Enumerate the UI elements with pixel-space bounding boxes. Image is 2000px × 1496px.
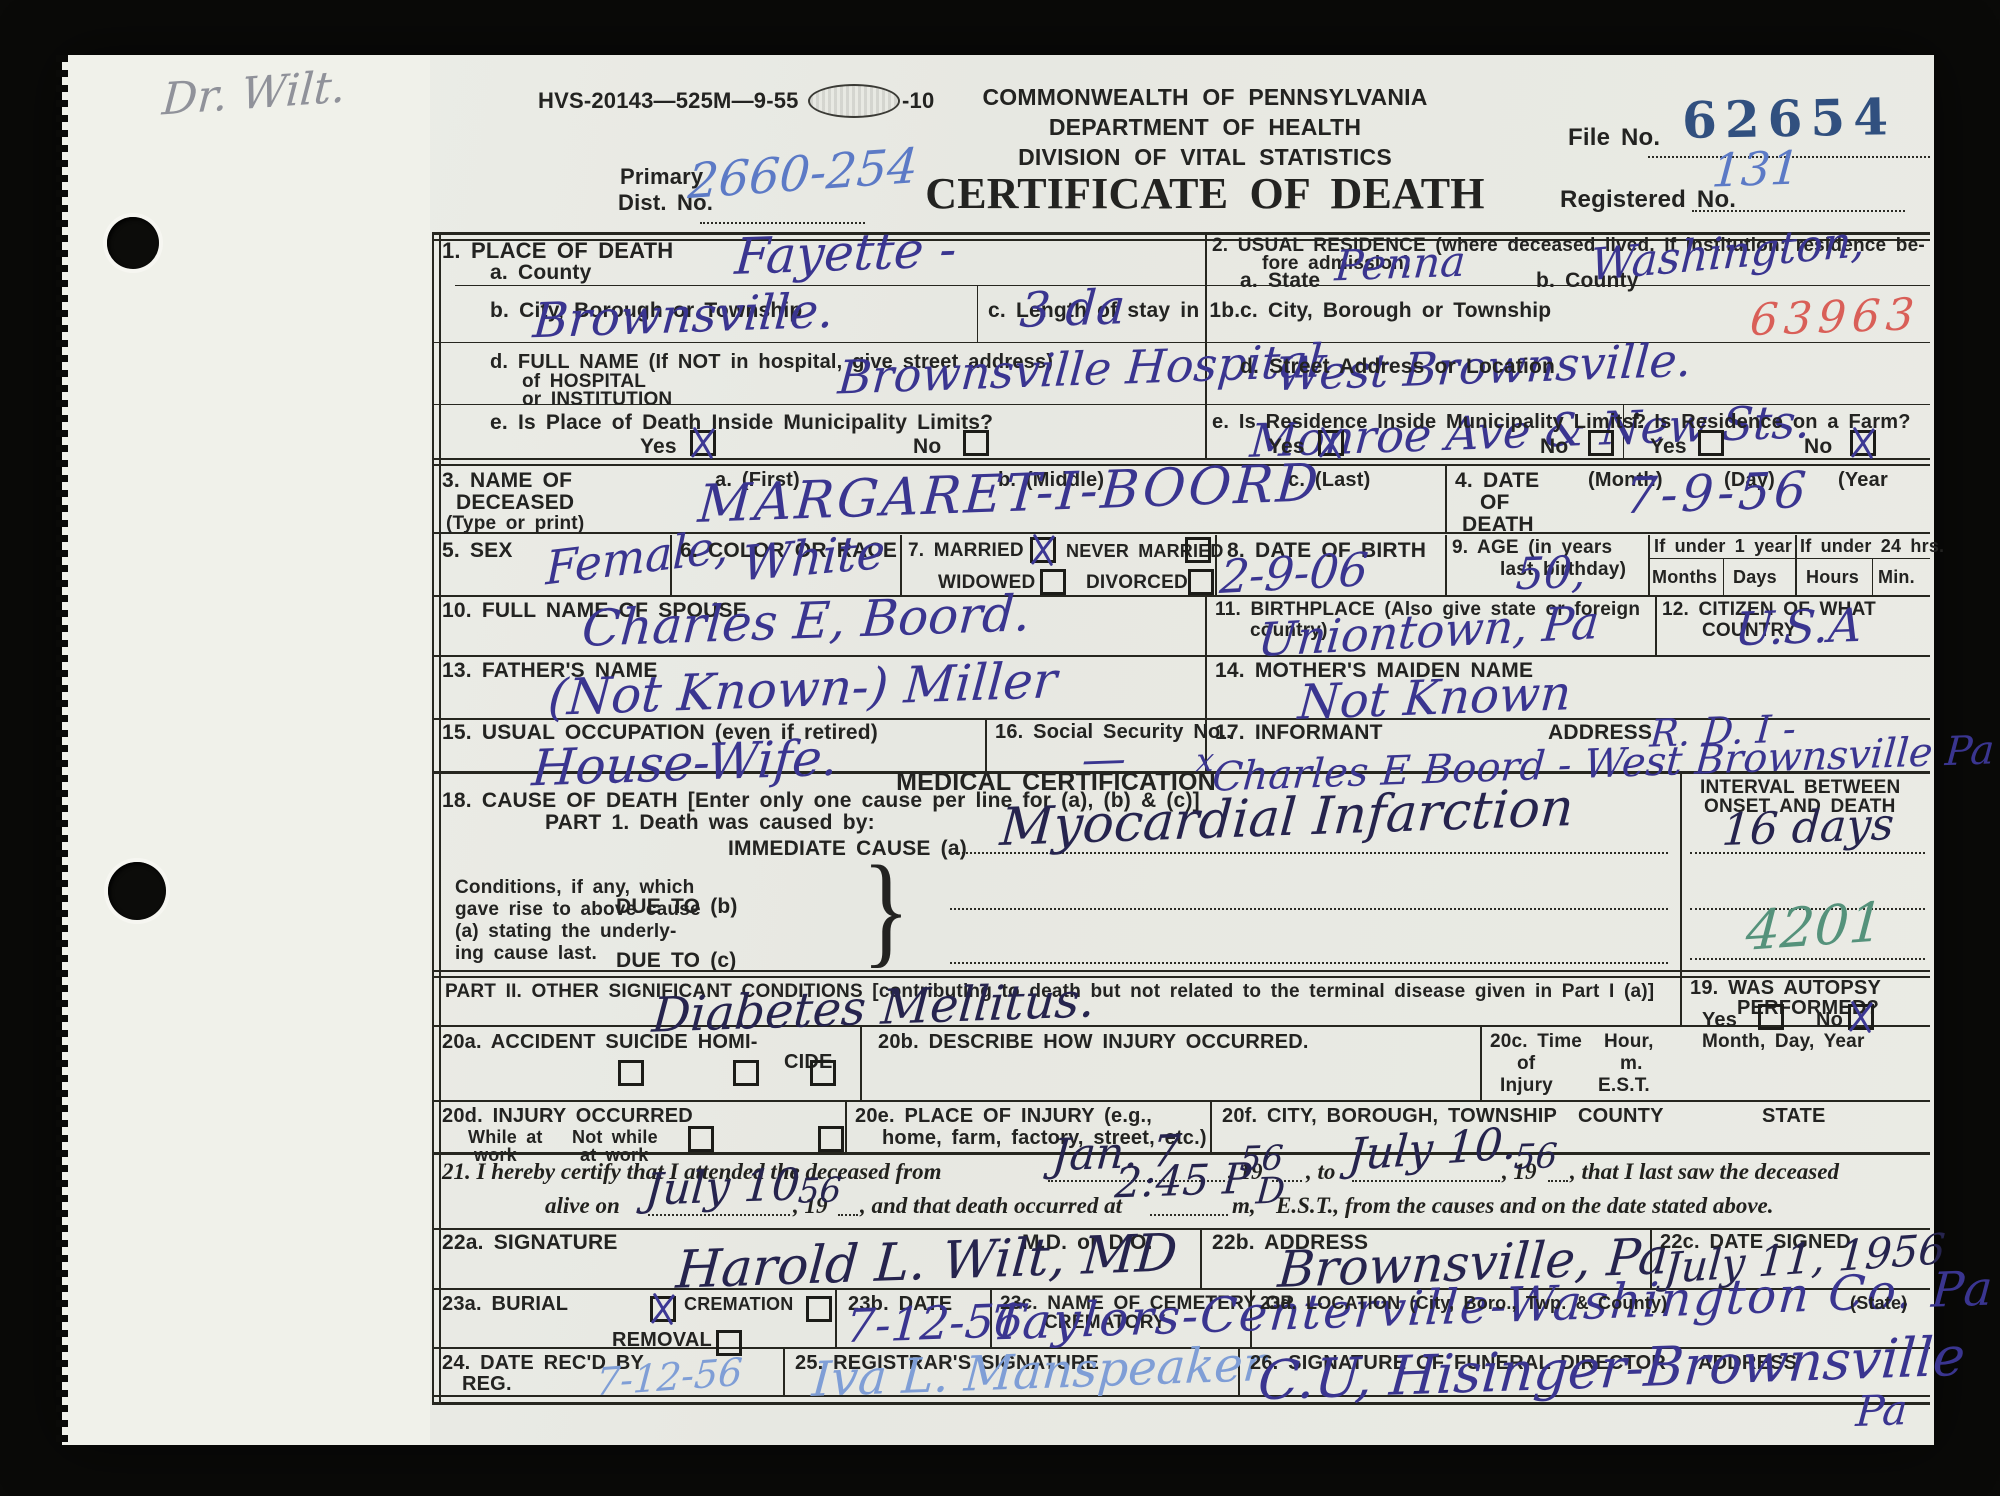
punch-hole xyxy=(107,217,159,269)
rule xyxy=(1655,595,1657,655)
section3-label-1: 3. NAME OF xyxy=(442,470,572,491)
form-code: HVS-20143—525M—9-55 xyxy=(538,90,799,112)
punch-hole xyxy=(108,862,166,920)
field-2a-label: a. State xyxy=(1240,270,1320,291)
days-label: Days xyxy=(1733,568,1777,586)
checkbox-autopsy-no xyxy=(1848,1004,1874,1030)
rule xyxy=(1648,558,1930,559)
citizen-value: U.S.A xyxy=(1733,602,1863,653)
field-2f-label: f. Is Residence on a Farm? xyxy=(1632,412,1911,432)
certify-text-3: , to xyxy=(1306,1160,1335,1183)
checkbox-married xyxy=(1030,537,1056,563)
rule xyxy=(1205,595,1207,655)
rule xyxy=(1352,1180,1500,1182)
checkbox-1e-yes xyxy=(690,430,716,456)
not-while-label: Not while xyxy=(572,1128,658,1146)
rule xyxy=(977,285,978,342)
rule xyxy=(432,655,1930,657)
checkbox-1e-no xyxy=(963,430,989,456)
field-2c-stamp: 63963 xyxy=(1749,293,1922,343)
rule xyxy=(1205,655,1207,718)
certify-text-8: , and that death occurred at xyxy=(860,1194,1122,1217)
birth-date-value: 2-9-06 xyxy=(1218,546,1370,600)
checkbox-divorced xyxy=(1188,569,1214,595)
file-no-value: 62654 xyxy=(1682,92,1897,146)
rule xyxy=(432,232,434,1405)
mother-value: Not Known xyxy=(1296,669,1572,727)
field-1a-value: Fayette - xyxy=(733,224,958,282)
field-1e-label: e. Is Place of Death Inside Municipality… xyxy=(490,412,993,433)
rule xyxy=(432,1152,1930,1155)
due-to-b-label: DUE TO (b) xyxy=(616,896,738,917)
under-1yr-label: If under 1 year xyxy=(1654,537,1792,555)
field-1b-value: Brownsville. xyxy=(531,287,835,346)
section4-label-3: DEATH xyxy=(1462,514,1534,535)
rule xyxy=(985,718,987,771)
file-no-label: File No. xyxy=(1568,126,1660,150)
rule xyxy=(455,285,1930,286)
time-injury-label-1: 20c. Time xyxy=(1490,1032,1582,1051)
rule xyxy=(1692,210,1905,212)
rule xyxy=(432,1100,1930,1102)
rule xyxy=(1150,1214,1228,1216)
section4-label-2: OF xyxy=(1480,492,1510,513)
sex-label: 5. SEX xyxy=(442,540,513,561)
checkbox-2f-no xyxy=(1850,430,1876,456)
autopsy-label-1: 19. WAS AUTOPSY xyxy=(1690,978,1881,998)
rule xyxy=(1210,1100,1212,1152)
checkbox-not-while-at-work xyxy=(818,1126,844,1152)
checkbox-2f-yes xyxy=(1698,430,1724,456)
certify-text-5: , that I last saw the deceased xyxy=(1570,1160,1839,1183)
checkbox-2e-no xyxy=(1588,430,1614,456)
county-label: COUNTY xyxy=(1578,1106,1664,1126)
certify-text-10: E.S.T., from the causes and on the date … xyxy=(1276,1194,1774,1217)
conditions-label-3: (a) stating the underly- xyxy=(455,922,677,941)
rule xyxy=(1723,558,1724,595)
section1-title: 1. PLACE OF DEATH xyxy=(442,240,673,262)
registered-no-value: 131 xyxy=(1710,144,1801,193)
checkbox-while-at-work xyxy=(688,1126,714,1152)
age-value: 50, xyxy=(1514,551,1587,598)
attended-to-value: July 10. xyxy=(1347,1122,1519,1178)
rule xyxy=(783,1347,785,1395)
attended-to-year: 56 xyxy=(1513,1139,1559,1175)
date-year-label: (Year xyxy=(1838,470,1888,490)
conditions-label-4: ing cause last. xyxy=(455,944,597,963)
last-alive-year: 56 xyxy=(797,1173,843,1209)
rule xyxy=(1548,1180,1568,1182)
cremation-label: CREMATION xyxy=(684,1295,793,1313)
due-to-c-label: DUE TO (c) xyxy=(616,950,736,971)
rule xyxy=(1445,535,1447,595)
section3-label-3: (Type or print) xyxy=(446,514,584,533)
funeral-director-signature-2: Pa xyxy=(1855,1389,1909,1433)
min-label: Min. xyxy=(1878,568,1915,586)
rule xyxy=(1795,535,1797,595)
interval-c-value: 4201 xyxy=(1744,895,1885,959)
interval-a-value: 16 days xyxy=(1721,803,1896,853)
time-injury-label-2: of xyxy=(1517,1054,1535,1073)
hours-label: Hours xyxy=(1806,568,1859,586)
margin-note: Dr. Wilt. xyxy=(161,65,347,122)
perforated-edge xyxy=(56,55,68,1445)
accident-suicide-label: 20a. ACCIDENT SUICIDE HOMI- xyxy=(442,1032,758,1052)
rule xyxy=(950,908,1668,910)
date-recd-label-2: REG. xyxy=(462,1374,512,1394)
registrar-signature-value: Iva L. Manspeaker xyxy=(810,1340,1267,1404)
field-2c-label: c. City, Borough or Township xyxy=(1240,300,1551,321)
rule xyxy=(835,1288,837,1347)
date-of-death-value: 7-9-56 xyxy=(1623,465,1811,522)
death-time-value: 2:45 P xyxy=(1114,1158,1253,1205)
under-24hr-label: If under 24 hrs. xyxy=(1800,537,1944,555)
field-2e-label: e. Is Residence Inside Municipality Limi… xyxy=(1212,412,1646,432)
section4-label-1: 4. DATE xyxy=(1455,470,1539,491)
rule xyxy=(838,1214,858,1216)
removal-label: REMOVAL xyxy=(612,1330,712,1350)
months-label: Months xyxy=(1652,568,1717,586)
injury-occurred-label: 20d. INJURY OCCURRED xyxy=(442,1106,693,1126)
race-value: White xyxy=(741,528,886,589)
field-1e-yes-label: Yes xyxy=(640,436,677,457)
field-2f-yes-label: Yes xyxy=(1650,436,1687,457)
field-2f-no-label: No xyxy=(1804,436,1832,457)
rule xyxy=(1648,535,1650,595)
checkbox-autopsy-yes xyxy=(1758,1004,1784,1030)
org-line-2: DEPARTMENT OF HEALTH xyxy=(880,116,1530,139)
field-2d-label: d. Street Address or Location xyxy=(1240,356,1555,377)
field-2a-value: Penna xyxy=(1334,241,1467,288)
rule xyxy=(1480,1025,1482,1100)
time-injury-label-3: Injury xyxy=(1500,1076,1553,1095)
location-state-label: (State) xyxy=(1850,1294,1907,1312)
field-1d-label-3: or INSTITUTION xyxy=(522,390,672,409)
dst-mark: D xyxy=(1255,1173,1286,1210)
autopsy-no-label: No xyxy=(1816,1010,1843,1030)
checkbox-suicide xyxy=(733,1060,759,1086)
est-label: E.S.T. xyxy=(1598,1076,1650,1095)
immediate-cause-label: IMMEDIATE CAUSE (a) xyxy=(728,838,967,859)
scanned-death-certificate: Dr. Wilt. HVS-20143—525M—9-55 -10 Primar… xyxy=(0,0,2000,1496)
org-line-3: DIVISION OF VITAL STATISTICS xyxy=(880,146,1530,169)
certify-text-6: alive on xyxy=(545,1194,620,1217)
conditions-brace: } xyxy=(862,848,910,973)
autopsy-yes-label: Yes xyxy=(1702,1010,1737,1030)
month-day-year-label: Month, Day, Year xyxy=(1702,1032,1865,1051)
describe-injury-label: 20b. DESCRIBE HOW INJURY OCCURRED. xyxy=(878,1032,1309,1052)
rule xyxy=(439,232,441,1405)
divorced-label: DIVORCED xyxy=(1086,573,1188,592)
burial-label: 23a. BURIAL xyxy=(442,1294,568,1314)
date-recd-value: 7-12-56 xyxy=(595,1353,744,1402)
field-2e-no-label: No xyxy=(1540,436,1568,457)
rule xyxy=(432,1228,1930,1230)
checkbox-homicide xyxy=(810,1060,836,1086)
rule xyxy=(432,1402,1930,1405)
married-label: 7. MARRIED xyxy=(908,541,1024,560)
location-label: 23d. LOCATION (City, Boro., Twp. & Count… xyxy=(1260,1294,1667,1312)
field-1e-no-label: No xyxy=(913,436,941,457)
part1-label: PART 1. Death was caused by: xyxy=(545,812,875,833)
checkbox-never-married xyxy=(1185,537,1211,563)
rule xyxy=(1680,771,1682,1025)
signature-label: 22a. SIGNATURE xyxy=(442,1232,618,1253)
place-of-injury-label-1: 20e. PLACE OF INJURY (e.g., xyxy=(855,1106,1152,1126)
rule xyxy=(950,962,1668,964)
rule xyxy=(900,535,902,595)
checkbox-widowed xyxy=(1040,569,1066,595)
rule xyxy=(1690,958,1925,960)
hour-label: Hour, xyxy=(1604,1032,1654,1051)
rule xyxy=(845,1100,847,1152)
checkbox-cremation xyxy=(806,1296,832,1322)
checkbox-burial xyxy=(650,1296,676,1322)
m-label: m. xyxy=(1620,1054,1643,1073)
interval-label-1: INTERVAL BETWEEN xyxy=(1700,778,1900,797)
org-line-1: COMMONWEALTH OF PENNSYLVANIA xyxy=(880,86,1530,109)
rule xyxy=(1445,464,1447,532)
field-1a-label: a. County xyxy=(490,262,591,283)
field-1c-value: 3 da xyxy=(1018,283,1126,335)
certificate-title: CERTIFICATE OF DEATH xyxy=(880,172,1530,216)
spouse-value: Charles E, Boord. xyxy=(580,588,1032,654)
state-label: STATE xyxy=(1762,1106,1826,1126)
rule xyxy=(1200,1228,1202,1288)
informant-label: 17. INFORMANT xyxy=(1215,722,1383,743)
while-at-label: While at xyxy=(468,1128,543,1146)
section3-label-2: DECEASED xyxy=(456,492,574,513)
last-alive-value: July 10 xyxy=(644,1163,802,1213)
rule xyxy=(1872,558,1873,595)
checkbox-accident xyxy=(618,1060,644,1086)
